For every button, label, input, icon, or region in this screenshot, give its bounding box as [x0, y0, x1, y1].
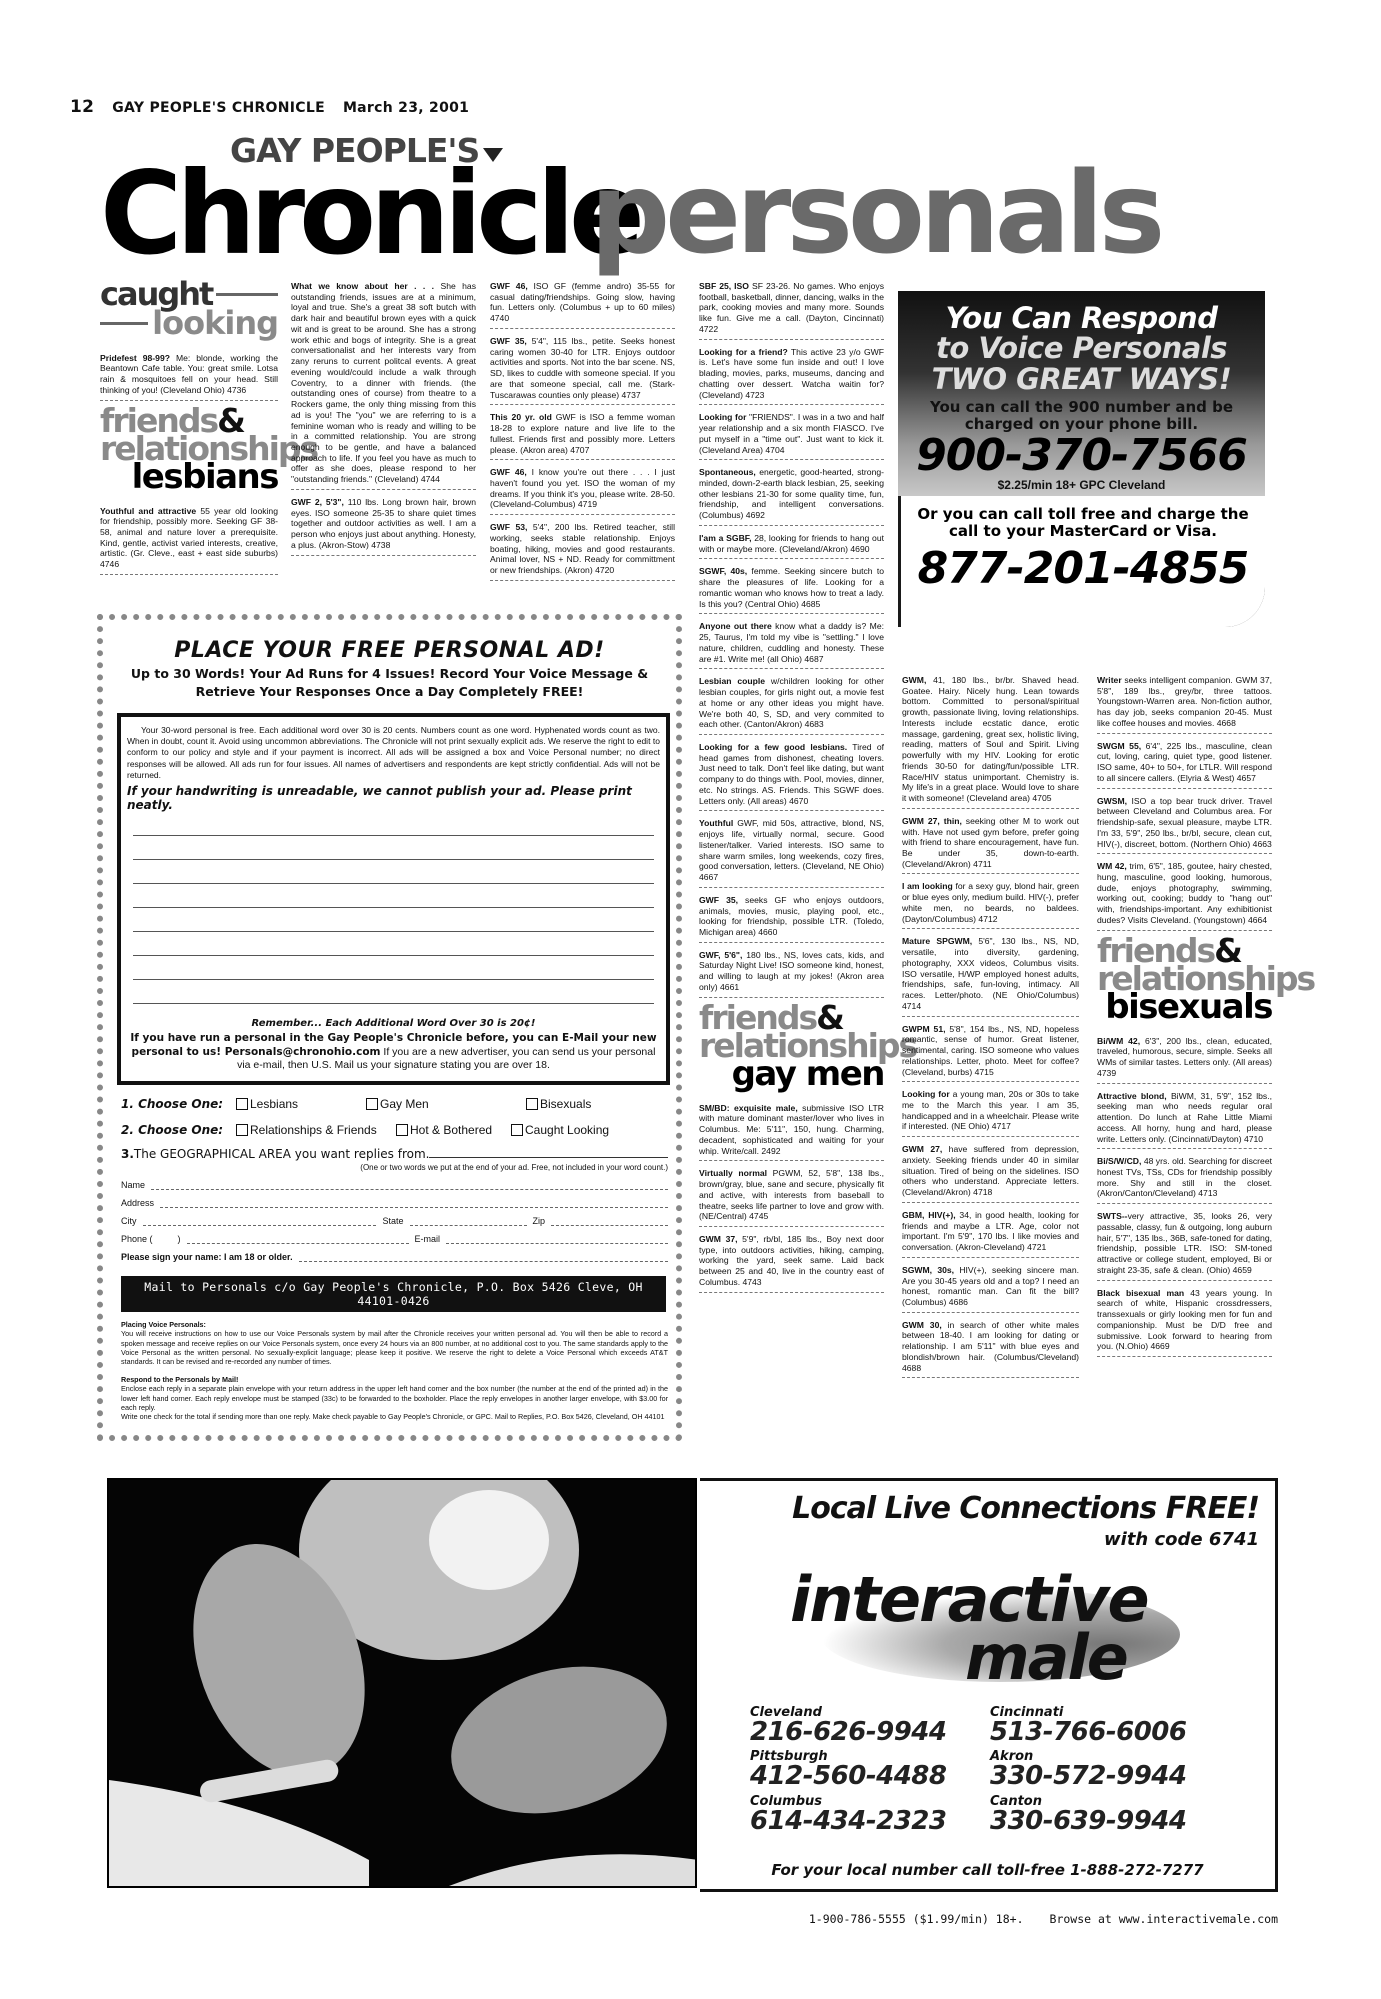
city-phone-number[interactable]: 614-434-2323 — [750, 1808, 990, 1835]
city-phone-number[interactable]: 513-766-6006 — [990, 1719, 1230, 1746]
im-footer: 1-900-786-5555 ($1.99/min) 18+. Browse a… — [809, 1912, 1278, 1926]
personal-ad: SGWF, 40s, femme. Seeking sincere butch … — [699, 563, 884, 614]
ad-text-line[interactable] — [133, 836, 654, 860]
personal-ad: Lesbian couple w/children looking for ot… — [699, 673, 884, 735]
signature-input[interactable] — [299, 1252, 668, 1262]
ad-text-box: Your 30-word personal is free. Each addi… — [117, 713, 670, 1085]
respond-headline-2: to Voice Personals — [904, 333, 1259, 363]
personal-ad: GWM 27, thin, seeking other M to work ou… — [902, 813, 1079, 875]
personal-ad: SM/BD: exquisite male, submissive ISO LT… — [699, 1100, 884, 1162]
city-phone-item: Canton330-639-9944 — [990, 1795, 1230, 1835]
form-subtitle-2: Retrieve Your Responses Once a Day Compl… — [103, 684, 676, 699]
personal-ad: SBF 25, ISO SF 23-26. No games. Who enjo… — [699, 278, 884, 340]
interactive-male-ad: Local Live Connections FREE! with code 6… — [700, 1478, 1278, 1892]
personal-ad: Black bisexual man 43 years young. In se… — [1097, 1285, 1272, 1357]
column-5: GWM, 41, 180 lbs., br/br. Shaved head. G… — [902, 672, 1079, 1382]
column-3: GWF 46, ISO GF (femme andro) 35-55 for c… — [490, 278, 675, 585]
name-input[interactable] — [151, 1180, 668, 1190]
phone-input[interactable] — [187, 1234, 409, 1244]
handwriting-warning: If your handwriting is unreadable, we ca… — [127, 784, 660, 812]
personal-ad: Virtually normal PGWM, 52, 5'8", 138 lbs… — [699, 1165, 884, 1227]
checkbox-icon[interactable] — [236, 1124, 248, 1136]
personal-ad: GWF, 5'6", 180 lbs., NS, loves cats, kid… — [699, 947, 884, 998]
zip-input[interactable] — [551, 1216, 668, 1226]
personal-ad: GWSM, ISO a top bear truck driver. Trave… — [1097, 793, 1272, 855]
checkbox-icon[interactable] — [366, 1098, 378, 1110]
column-6: Writer seeks intelligent companion. GWM … — [1097, 672, 1272, 1361]
ad-text-line[interactable] — [133, 860, 654, 884]
ad-text-line[interactable] — [133, 980, 654, 1004]
place-ad-form: PLACE YOUR FREE PERSONAL AD! Up to 30 Wo… — [97, 614, 682, 1441]
state-input[interactable] — [410, 1216, 527, 1226]
city-phone-list: Cleveland216-626-9944 Cincinnati513-766-… — [750, 1706, 1250, 1835]
personal-ad: SWGM 55, 6'4", 225 lbs., masculine, clea… — [1097, 738, 1272, 789]
section-heading-bisexuals: friends& relationships bisexuals — [1097, 937, 1272, 1023]
personal-ad: Mature SPGWM, 5'6", 130 lbs., NS, ND, ve… — [902, 933, 1079, 1016]
im-promo-code: with code 6741 — [1104, 1529, 1259, 1550]
ad-text-line[interactable] — [133, 932, 654, 956]
city-phone-number[interactable]: 330-572-9944 — [990, 1763, 1230, 1790]
issue-date: March 23, 2001 — [343, 100, 469, 116]
photo-image-icon — [109, 1480, 697, 1888]
section-heading-lesbians: friends& relationships lesbians — [100, 407, 278, 493]
form-subtitle-1: Up to 30 Words! Your Ad Runs for 4 Issue… — [103, 666, 676, 681]
personal-ad: Looking for "FRIENDS". I was in a two an… — [699, 409, 884, 460]
city-phone-item: Cincinnati513-766-6006 — [990, 1706, 1230, 1746]
personal-ad: GWM, 41, 180 lbs., br/br. Shaved head. G… — [902, 672, 1079, 809]
page-number: 12 — [70, 97, 94, 117]
voice-personals-instructions: Placing Voice Personals:You will receive… — [121, 1320, 668, 1367]
email-instructions: If you have run a personal in the Gay Pe… — [127, 1032, 660, 1073]
form-title: PLACE YOUR FREE PERSONAL AD! — [103, 638, 676, 663]
personal-ad: Looking for a few good lesbians. Tired o… — [699, 739, 884, 811]
personal-ad: Bi/S/W/CD, 48 yrs. old. Searching for di… — [1097, 1153, 1272, 1204]
masthead-gay-peoples: GAY PEOPLE'S — [230, 134, 479, 167]
personal-ad: Anyone out there know what a daddy is? M… — [699, 618, 884, 669]
personal-ad: GBM, HIV(+), 34, in good health, looking… — [902, 1207, 1079, 1258]
personal-ad: I am looking for a sexy guy, blond hair,… — [902, 878, 1079, 929]
phone-email-row: Phone ( ) E-mail — [121, 1234, 668, 1244]
masthead: Chronicle personals GAY PEOPLE'S — [70, 140, 1270, 260]
geographical-area-input[interactable] — [429, 1157, 668, 1158]
im-website-link[interactable]: Browse at www.interactivemale.com — [1050, 1912, 1278, 1926]
column-1: caught looking Pridefest 98-99? Me: blon… — [100, 278, 278, 579]
personal-ad: GWM 37, 5'9", rb/bl, 185 lbs., Boy next … — [699, 1231, 884, 1293]
city-input[interactable] — [143, 1216, 377, 1226]
personal-ad: Bi/WM 42, 6'3", 200 lbs., clean, educate… — [1097, 1033, 1272, 1084]
personal-ad: GWF 2, 5'3", 110 lbs. Long brown hair, b… — [291, 494, 476, 556]
im-headline: Local Live Connections FREE! — [792, 1491, 1259, 1526]
checkbox-icon[interactable] — [236, 1098, 248, 1110]
personal-ad: I'am a SGBF, 28, looking for friends to … — [699, 530, 884, 559]
respond-headline-1: You Can Respond — [904, 303, 1259, 333]
address-input[interactable] — [160, 1198, 668, 1208]
personal-ad: GWF 53, 5'4", 200 lbs. Retired teacher, … — [490, 519, 675, 581]
phone-tollfree[interactable]: 877-201-4855 — [905, 547, 1261, 591]
personal-ad: GWF 35, 5'4", 115 lbs., petite. Seeks ho… — [490, 333, 675, 405]
ad-text-line[interactable] — [133, 908, 654, 932]
checkbox-icon[interactable] — [511, 1124, 523, 1136]
personal-ad: Youthful and attractive 55 year old look… — [100, 503, 278, 575]
city-phone-item: Columbus614-434-2323 — [750, 1795, 990, 1835]
mailing-address-bar: Mail to Personals c/o Gay People's Chron… — [121, 1276, 666, 1312]
choose-category-1: 1. Choose One: Lesbians Gay Men Bisexual… — [121, 1097, 676, 1111]
personal-ad: Youthful GWF, mid 50s, attractive, blond… — [699, 815, 884, 887]
masthead-chronicle: Chronicle — [100, 157, 639, 271]
checkbox-icon[interactable] — [396, 1124, 408, 1136]
form-rules: Your 30-word personal is free. Each addi… — [127, 725, 660, 781]
city-phone-item: Akron330-572-9944 — [990, 1750, 1230, 1790]
city-phone-number[interactable]: 330-639-9944 — [990, 1808, 1230, 1835]
respond-900-info: You can call the 900 number and be charg… — [904, 399, 1259, 432]
advertisement-photo — [107, 1478, 697, 1888]
im-900-number: 1-900-786-5555 ($1.99/min) 18+. — [809, 1912, 1024, 1926]
personal-ad: SWTS--very attractive, 35, looks 26, ver… — [1097, 1208, 1272, 1280]
ad-text-line[interactable] — [133, 884, 654, 908]
personal-ad: WM 42, trim, 6'5", 185, goutee, hairy ch… — [1097, 858, 1272, 930]
section-heading-gay-men: friends& relationships gay men — [699, 1004, 884, 1090]
publication-name: GAY PEOPLE'S CHRONICLE — [112, 100, 325, 116]
mail-response-instructions: Respond to the Personals by Mail!Enclose… — [121, 1375, 668, 1422]
ad-text-line[interactable] — [133, 956, 654, 980]
respond-tollfree-info: Or you can call toll free and charge the… — [905, 506, 1261, 541]
personal-ad: GWF 46, ISO GF (femme andro) 35-55 for c… — [490, 278, 675, 329]
masthead-personals: personals — [590, 158, 1160, 270]
caught-looking-heading: caught looking — [100, 280, 278, 338]
geographical-area-field[interactable]: 3. The GEOGRAPHICAL AREA you want replie… — [121, 1147, 676, 1161]
name-field[interactable]: Name — [121, 1180, 668, 1190]
geographical-area-note: (One or two words we put at the end of y… — [103, 1163, 668, 1172]
phone-900[interactable]: 900-370-7566 — [904, 434, 1259, 478]
city-state-zip-row: City State Zip — [121, 1216, 668, 1226]
city-phone-item: Pittsburgh412-560-4488 — [750, 1750, 990, 1790]
personal-ad: Looking for a young man, 20s or 30s to t… — [902, 1086, 1079, 1137]
personal-ad: Writer seeks intelligent companion. GWM … — [1097, 672, 1272, 734]
checkbox-hot-bothered[interactable]: Hot & Bothered — [396, 1123, 511, 1137]
signature-field[interactable]: Please sign your name: I am 18 or older. — [121, 1252, 668, 1262]
city-phone-number[interactable]: 412-560-4488 — [750, 1763, 990, 1790]
city-phone-item: Cleveland216-626-9944 — [750, 1706, 990, 1746]
checkbox-relationships-friends[interactable]: Relationships & Friends — [236, 1123, 396, 1137]
checkbox-icon[interactable] — [526, 1098, 538, 1110]
checkbox-lesbians[interactable]: Lesbians — [236, 1097, 366, 1111]
folio-line: 12 GAY PEOPLE'S CHRONICLE March 23, 2001 — [70, 97, 469, 117]
personal-ad: GWM 30, in search of other white males b… — [902, 1317, 1079, 1379]
city-phone-number[interactable]: 216-626-9944 — [750, 1719, 990, 1746]
personal-ad: GWM 27, have suffered from depression, a… — [902, 1141, 1079, 1203]
checkbox-bisexuals[interactable]: Bisexuals — [526, 1097, 591, 1111]
additional-word-reminder: Remember... Each Additional Word Over 30… — [127, 1018, 660, 1029]
personal-ad: GWF 35, seeks GF who enjoys outdoors, an… — [699, 892, 884, 943]
personal-ad: GWPM 51, 5'8", 154 lbs., NS, ND, hopeles… — [902, 1021, 1079, 1083]
personal-ad: This 20 yr. old GWF is ISO a femme woman… — [490, 409, 675, 460]
personal-ad: What we know about her . . . She has out… — [291, 278, 476, 490]
personal-ad: Pridefest 98-99? Me: blonde, working the… — [100, 350, 278, 401]
personal-ad: Spontaneous, energetic, good-hearted, st… — [699, 464, 884, 526]
checkbox-caught-looking[interactable]: Caught Looking — [511, 1123, 609, 1137]
voice-personals-respond-box: You Can Respond to Voice Personals TWO G… — [898, 291, 1265, 627]
personal-ad: Looking for a friend? This active 23 y/o… — [699, 344, 884, 406]
checkbox-gay-men[interactable]: Gay Men — [366, 1097, 526, 1111]
triangle-icon — [483, 148, 503, 162]
ad-text-line[interactable] — [133, 812, 654, 836]
respond-headline-3: TWO GREAT WAYS! — [904, 364, 1259, 394]
personal-ad: SGWM, 30s, HIV(+), seeking sincere man. … — [902, 1262, 1079, 1313]
personal-ad: Attractive blond, BiWM, 31, 5'9", 152 lb… — [1097, 1088, 1272, 1150]
interactive-male-logo: interactive male — [790, 1569, 1190, 1699]
choose-category-2: 2. Choose One: Relationships & Friends H… — [121, 1123, 676, 1137]
column-4: SBF 25, ISO SF 23-26. No games. Who enjo… — [699, 278, 884, 1297]
email-input[interactable] — [446, 1234, 668, 1244]
personal-ad: GWF 46, I know you're out there . . . I … — [490, 464, 675, 515]
address-field[interactable]: Address — [121, 1198, 668, 1208]
im-tollfree-line: For your local number call toll-free 1-8… — [700, 1861, 1275, 1879]
column-2: What we know about her . . . She has out… — [291, 278, 476, 560]
